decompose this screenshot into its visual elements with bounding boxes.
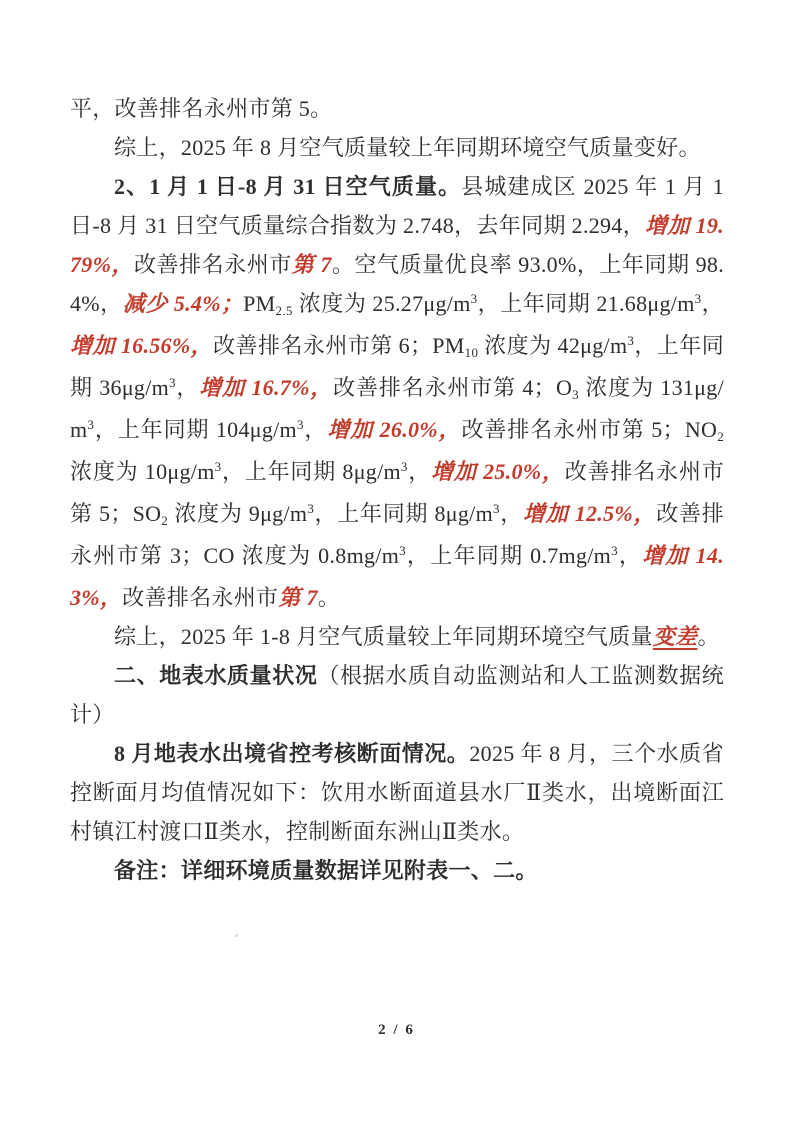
text-run: ，	[701, 291, 724, 316]
text-run: 浓度为 25.27μg/m	[293, 291, 471, 316]
highlight-red-text: 变差	[653, 624, 698, 649]
text-run: ，上年同期 21.68μg/m	[477, 291, 694, 316]
superscript-text: 3	[87, 417, 94, 432]
paragraph: 二、地表水质量状况（根据水质自动监测站和人工监测数据统计）	[70, 656, 724, 734]
highlight-red-text: 增加 26.0%，	[327, 417, 461, 442]
text-run: 改善排名永州市第 5；NO	[461, 417, 717, 442]
text-run: 浓度为 42μg/m	[478, 333, 627, 358]
text-run: ，上年同期 8μg/m	[314, 501, 493, 526]
bold-text: 8 月地表水出境省控考核断面情况。	[114, 741, 469, 766]
subscript-text: 2	[717, 429, 724, 444]
subscript-text: 2	[161, 513, 168, 528]
text-run: 改善排名永州市第 6；PM	[213, 333, 465, 358]
text-run: ，上年同期 8μg/m	[221, 459, 400, 484]
text-run: ，	[500, 501, 523, 526]
text-run: 综上，2025 年 8 月空气质量较上年同期环境空气质量变好。	[114, 135, 701, 160]
superscript-text: 3	[695, 291, 702, 306]
paragraph: 综上，2025 年 8 月空气质量较上年同期环境空气质量变好。	[70, 128, 724, 167]
text-run: 浓度为 9μg/m	[168, 501, 307, 526]
subscript-text: 2.5	[276, 303, 293, 318]
text-run: PM	[243, 291, 275, 316]
paragraph: 8 月地表水出境省控考核断面情况。2025 年 8 月，三个水质省控断面月均值情…	[70, 734, 724, 851]
text-run: ，	[408, 459, 431, 484]
text-run: 改善排名永州市	[122, 585, 278, 610]
text-run: 改善排名永州市	[134, 252, 292, 277]
superscript-text: 3	[215, 459, 222, 474]
text-run: 。	[697, 624, 719, 649]
paragraph: 综上，2025 年 1-8 月空气质量较上年同期环境空气质量变差。	[70, 617, 724, 656]
paragraph: 平，改善排名永州市第 5。	[70, 89, 724, 128]
document-page: 平，改善排名永州市第 5。综上，2025 年 8 月空气质量较上年同期环境空气质…	[0, 0, 793, 1122]
superscript-text: 3	[627, 333, 634, 348]
text-run: ，上年同期 104μg/m	[94, 417, 297, 442]
superscript-text: 3	[297, 417, 304, 432]
text-run: ，	[176, 375, 199, 400]
bold-text: 备注：详细环境质量数据详见附表一、二。	[114, 858, 538, 883]
document-body: 平，改善排名永州市第 5。综上，2025 年 8 月空气质量较上年同期环境空气质…	[70, 89, 724, 890]
page-number: 2 / 6	[0, 1022, 793, 1039]
superscript-text: 3	[471, 291, 478, 306]
highlight-red-text: 增加 12.5%，	[523, 501, 656, 526]
text-run: 平，改善排名永州市第 5。	[70, 96, 332, 121]
superscript-text: 3	[401, 459, 408, 474]
highlight-red-text: 增加 16.7%，	[199, 375, 333, 400]
superscript-text: 3	[493, 501, 500, 516]
text-run: 综上，2025 年 1-8 月空气质量较上年同期环境空气质量	[114, 624, 653, 649]
text-run: 改善排名永州市第 4；O	[333, 375, 572, 400]
subscript-text: 3	[572, 387, 579, 402]
superscript-text: 3	[399, 543, 406, 558]
text-run: ，	[618, 543, 642, 568]
highlight-red-text: 增加 16.56%，	[70, 333, 213, 358]
paragraph: 备注：详细环境质量数据详见附表一、二。	[70, 851, 724, 890]
text-run: ，	[304, 417, 328, 442]
superscript-text: 3	[307, 501, 314, 516]
highlight-red-text: 第 7	[292, 252, 332, 277]
subscript-text: 10	[465, 345, 479, 360]
bold-text: 二、地表水质量状况	[114, 663, 317, 688]
highlight-red-text: 增加 25.0%，	[431, 459, 565, 484]
superscript-text: 3	[611, 543, 618, 558]
scan-speckle	[235, 934, 238, 937]
text-run: 。	[318, 585, 340, 610]
bold-text: 2、1 月 1 日-8 月 31 日空气质量。	[114, 174, 461, 199]
highlight-red-text: 第 7	[278, 585, 317, 610]
paragraph: 2、1 月 1 日-8 月 31 日空气质量。县城建成区 2025 年 1 月 …	[70, 167, 724, 617]
superscript-text: 3	[169, 375, 176, 390]
text-run: ，上年同期 0.7mg/m	[406, 543, 611, 568]
highlight-red-text: 减少 5.4%；	[123, 291, 243, 316]
